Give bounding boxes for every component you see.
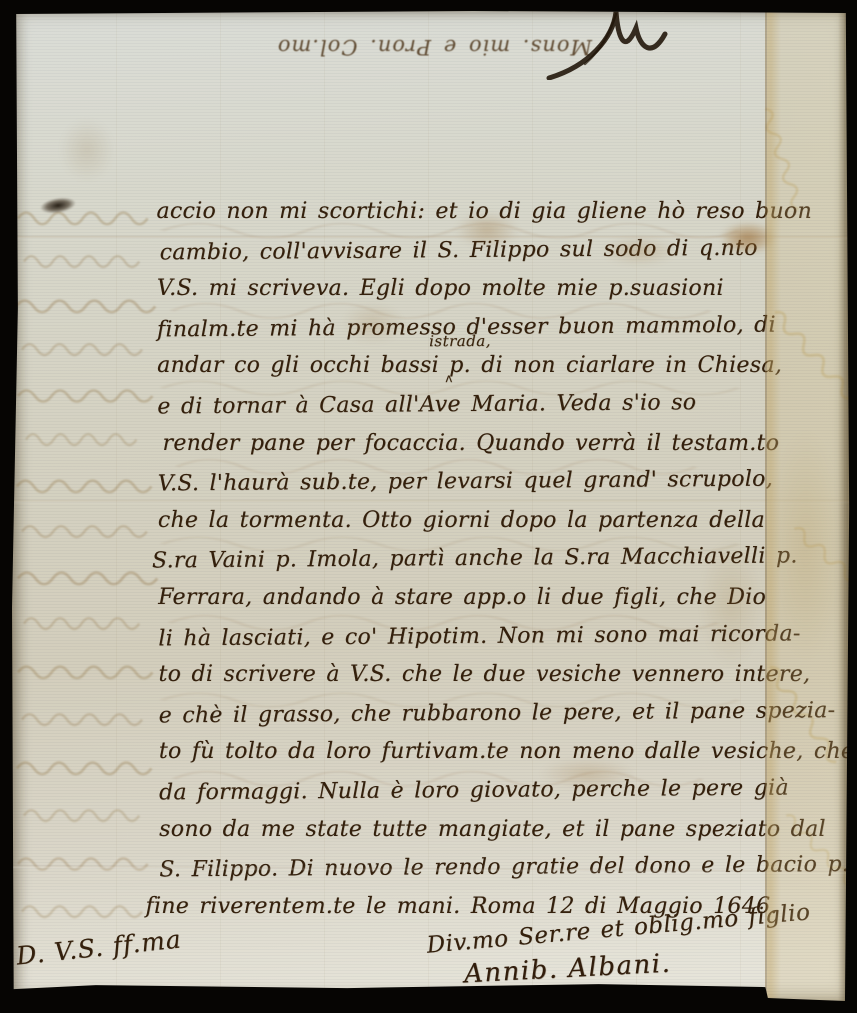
letter-line: to fù tolto da loro furtivam.te non meno… [159,733,775,772]
letter-line: e di tornar à Casa all'Ave Maria. Veda s… [157,384,773,427]
letter-line: render pane per focaccia. Quando verrà i… [162,425,773,464]
letter-line: to di scrivere à V.S. che le due vesiche… [159,656,775,695]
signature: Annib. Albani. [463,949,672,990]
manuscript-page: Mons. mio e Pron. Col.mo accio non mi sc… [12,10,850,1005]
letter-line: che la tormenta. Otto giorni dopo la par… [158,502,774,541]
letter-body: accio non mi scortichi: et io di gia gli… [156,192,775,928]
letter-line: cambio, coll'avvisare il S. Filippo sul … [160,229,773,272]
letter-line: V.S. l'haurà sub.te, per levarsi quel gr… [158,461,774,504]
folded-leaf-edge [765,10,850,1005]
letter-line: li hà lasciati, e co' Hipotim. Non mi so… [158,615,774,658]
letter-line: S. Filippo. Di nuovo le rendo gratie del… [159,847,775,890]
interlinear-insertion: istrada, [429,334,491,349]
letter-line: accio non mi scortichi: et io di gia gli… [156,193,772,232]
closing-initials: D. V.S. ff.ma [15,925,183,970]
paper-stain [60,118,114,182]
letter-line: da formaggi. Nulla è loro giovato, perch… [159,769,775,812]
letter-line: Ferrara, andando à stare app.o li due fi… [158,579,774,618]
letter-line: S.ra Vaini p. Imola, partì anche la S.ra… [152,538,774,581]
letter-line: andar co gli occhi bassi p. di non ciarl… [157,347,773,386]
letter-line: V.S. mi scriveva. Egli dopo molte mie p.… [157,270,773,309]
manuscript-scan: Mons. mio e Pron. Col.mo accio non mi sc… [0,0,857,1013]
insertion-caret-mark: ʌ [445,371,452,385]
letter-line: sono da me state tutte mangiate, et il p… [159,810,775,849]
ink-blot [39,195,77,215]
address-docket-inverted: Mons. mio e Pron. Col.mo [252,18,592,70]
letter-line: e chè il grasso, che rubbarono le pere, … [159,692,775,735]
